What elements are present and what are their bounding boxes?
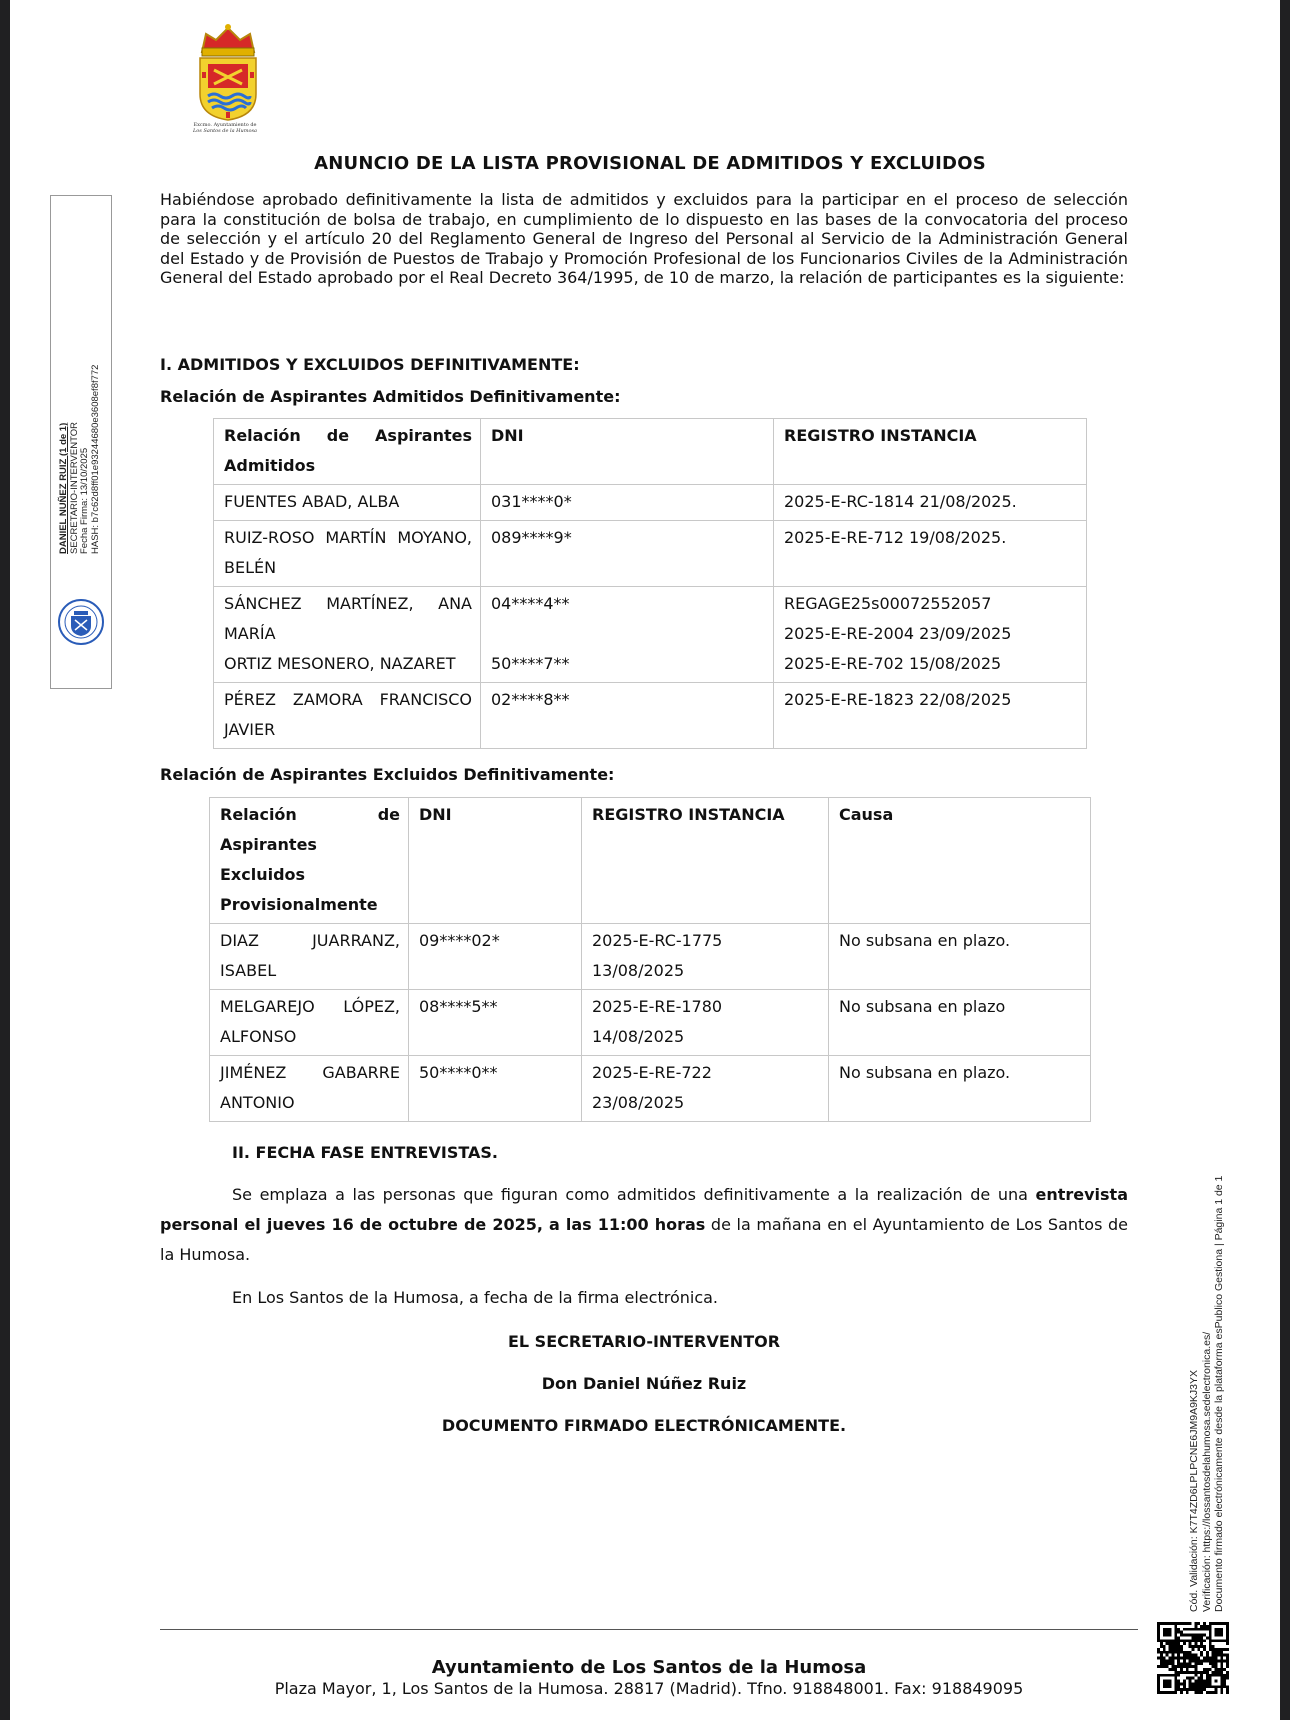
name-text: SÁNCHEZ MARTÍNEZ, ANA MARÍA <box>224 589 472 649</box>
registro-text: 2025-E-RE-702 15/08/2025 <box>784 649 1078 679</box>
footer-divider <box>160 1629 1138 1630</box>
signer-name: Don Daniel Núñez Ruiz <box>160 1374 1128 1393</box>
section-1-heading: I. ADMITIDOS Y EXCLUIDOS DEFINITIVAMENTE… <box>160 355 580 374</box>
registro-text: REGAGE25s00072552057 2025-E-RE-2004 23/0… <box>784 589 1014 649</box>
table-row: SÁNCHEZ MARTÍNEZ, ANA MARÍA ORTIZ MESONE… <box>214 587 1087 683</box>
stamp-hash: HASH: b7c62d8ff01e93244680e3608ef8f772 <box>91 334 102 554</box>
causa-cell: No subsana en plazo <box>829 990 1091 1056</box>
validation-url[interactable]: Verificación: https://lossantosdelahumos… <box>1201 1176 1214 1612</box>
table-row: DIAZ JUARRANZ, ISABEL 09****02* 2025-E-R… <box>210 924 1091 990</box>
dni-cell: 09****02* <box>409 924 582 990</box>
dni-cell: 02****8** <box>481 683 774 749</box>
qr-code-icon <box>1157 1622 1229 1694</box>
registro-cell: 2025-E-RE-722 23/08/2025 <box>582 1056 829 1122</box>
name-cell: FUENTES ABAD, ALBA <box>214 485 481 521</box>
interview-text: Se emplaza a las personas que figuran co… <box>232 1185 1035 1204</box>
header-cell: Relación de Aspirantes Admitidos <box>214 419 481 485</box>
signature-stamp: DANIEL NUÑEZ RUIZ (1 de 1) SECRETARIO-IN… <box>50 195 112 689</box>
excluded-heading: Relación de Aspirantes Excluidos Definit… <box>160 765 614 784</box>
document-page: Excmo. Ayuntamiento de Los Santos de la … <box>10 0 1280 1720</box>
header-cell: Causa <box>829 798 1091 924</box>
excluded-table: Relación de Aspirantes Excluidos Provisi… <box>209 797 1091 1122</box>
table-row: JIMÉNEZ GABARRE ANTONIO 50****0** 2025-E… <box>210 1056 1091 1122</box>
dni-cell: 08****5** <box>409 990 582 1056</box>
header-cell: REGISTRO INSTANCIA <box>582 798 829 924</box>
name-cell: DIAZ JUARRANZ, ISABEL <box>210 924 409 990</box>
registro-cell: 2025-E-RC-1814 21/08/2025. <box>774 485 1087 521</box>
signer-role: EL SECRETARIO-INTERVENTOR <box>160 1332 1128 1351</box>
dni-cell: 031****0* <box>481 485 774 521</box>
table-row: MELGAREJO LÓPEZ, ALFONSO 08****5** 2025-… <box>210 990 1091 1056</box>
registro-cell: 2025-E-RE-1823 22/08/2025 <box>774 683 1087 749</box>
stamp-date: Fecha Firma: 13/10/2025 <box>80 334 91 554</box>
table-row: FUENTES ABAD, ALBA 031****0* 2025-E-RC-1… <box>214 485 1087 521</box>
place-date: En Los Santos de la Humosa, a fecha de l… <box>232 1283 1132 1313</box>
name-cell: MELGAREJO LÓPEZ, ALFONSO <box>210 990 409 1056</box>
admitted-table: Relación de Aspirantes Admitidos DNI REG… <box>213 418 1087 749</box>
registro-cell: 2025-E-RE-712 19/08/2025. <box>774 521 1087 587</box>
table-row: RUIZ-ROSO MARTÍN MOYANO, BELÉN 089****9*… <box>214 521 1087 587</box>
dni-text: 50****7** <box>491 649 765 679</box>
name-cell: RUIZ-ROSO MARTÍN MOYANO, BELÉN <box>214 521 481 587</box>
interview-paragraph: Se emplaza a las personas que figuran co… <box>160 1180 1128 1270</box>
name-text: ORTIZ MESONERO, NAZARET <box>224 649 472 679</box>
municipal-seal-icon <box>57 598 105 646</box>
name-cell: PÉREZ ZAMORA FRANCISCO JAVIER <box>214 683 481 749</box>
header-cell: DNI <box>409 798 582 924</box>
admitted-heading: Relación de Aspirantes Admitidos Definit… <box>160 387 620 406</box>
registro-cell: 2025-E-RC-1775 13/08/2025 <box>582 924 829 990</box>
header-cell: DNI <box>481 419 774 485</box>
intro-paragraph: Habiéndose aprobado definitivamente la l… <box>160 190 1128 288</box>
table-row: PÉREZ ZAMORA FRANCISCO JAVIER 02****8** … <box>214 683 1087 749</box>
logo-caption-line: Los Santos de la Humosa <box>180 128 270 134</box>
name-cell: JIMÉNEZ GABARRE ANTONIO <box>210 1056 409 1122</box>
document-title: ANUNCIO DE LA LISTA PROVISIONAL DE ADMIT… <box>160 153 1140 174</box>
stamp-signer: DANIEL NUÑEZ RUIZ (1 de 1) <box>59 334 70 554</box>
footer-org: Ayuntamiento de Los Santos de la Humosa <box>160 1657 1138 1678</box>
causa-cell: No subsana en plazo. <box>829 1056 1091 1122</box>
header-cell: REGISTRO INSTANCIA <box>774 419 1087 485</box>
dni-cell: 50****0** <box>409 1056 582 1122</box>
logo-caption: Excmo. Ayuntamiento de Los Santos de la … <box>180 122 270 134</box>
dni-cell: 089****9* <box>481 521 774 587</box>
validation-note: Documento firmado electrónicamente desde… <box>1213 1176 1226 1612</box>
signature-text: DANIEL NUÑEZ RUIZ (1 de 1) SECRETARIO-IN… <box>59 334 101 554</box>
registro-cell: REGAGE25s00072552057 2025-E-RE-2004 23/0… <box>774 587 1087 683</box>
registro-text: 2025-E-RE-722 23/08/2025 <box>592 1058 742 1118</box>
validation-block: Cód. Validación: K7T4ZD6LPLPCNE6JM9A9KJ3… <box>1188 1176 1226 1612</box>
footer-address: Plaza Mayor, 1, Los Santos de la Humosa.… <box>160 1679 1138 1698</box>
dni-cell: 04****4** 50****7** <box>481 587 774 683</box>
header-cell: Relación de Aspirantes Excluidos Provisi… <box>210 798 409 924</box>
registro-text: 2025-E-RC-1775 13/08/2025 <box>592 926 742 986</box>
table-header-row: Relación de Aspirantes Excluidos Provisi… <box>210 798 1091 924</box>
table-header-row: Relación de Aspirantes Admitidos DNI REG… <box>214 419 1087 485</box>
causa-cell: No subsana en plazo. <box>829 924 1091 990</box>
registro-cell: 2025-E-RE-1780 14/08/2025 <box>582 990 829 1056</box>
name-cell: SÁNCHEZ MARTÍNEZ, ANA MARÍA ORTIZ MESONE… <box>214 587 481 683</box>
registro-text: 2025-E-RE-1780 14/08/2025 <box>592 992 742 1052</box>
section-2-heading: II. FECHA FASE ENTREVISTAS. <box>232 1143 498 1162</box>
signed-note: DOCUMENTO FIRMADO ELECTRÓNICAMENTE. <box>160 1416 1128 1435</box>
validation-code: Cód. Validación: K7T4ZD6LPLPCNE6JM9A9KJ3… <box>1188 1176 1201 1612</box>
dni-text: 04****4** <box>491 589 765 619</box>
